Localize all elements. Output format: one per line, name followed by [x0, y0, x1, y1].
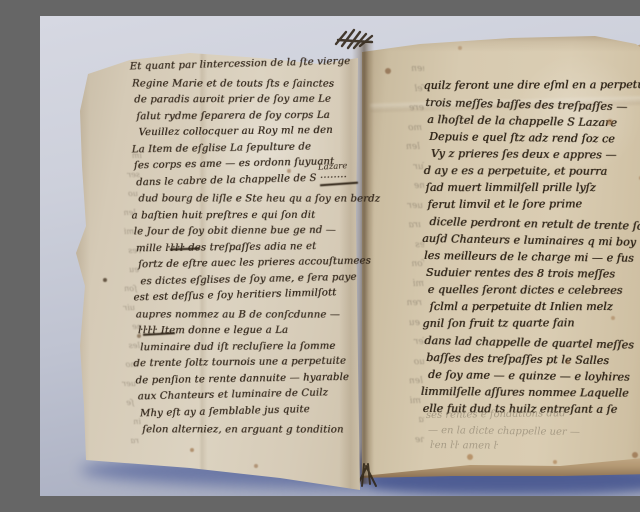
- handwritten-line: eu: [91, 260, 139, 279]
- handwritten-line: uo: [90, 184, 138, 203]
- handwritten-line: Regine Marie et de touts ſts e ſainctes: [132, 76, 358, 93]
- handwritten-line: ŀŀŀŀ Item donne e legue a La: [138, 323, 364, 340]
- handwritten-line: les: [92, 336, 140, 355]
- handwritten-line: mo: [90, 355, 138, 374]
- handwritten-line: ſclml a perpetuite dt Inlien melz: [430, 298, 640, 315]
- handwritten-line: res: [93, 241, 141, 260]
- handwritten-line: ra: [371, 411, 424, 431]
- handwritten-line: uen: [371, 60, 424, 79]
- handwritten-line: eu: [367, 313, 420, 333]
- handwritten-line: ſe: [86, 393, 134, 412]
- handwritten-line: uer: [88, 374, 136, 393]
- handwritten-line: ne: [369, 430, 424, 450]
- handwritten-line: mi: [367, 275, 424, 295]
- handwritten-line: de paradis auroit prier de ſoy ame Le: [134, 92, 360, 109]
- handwritten-line: dud bourg de liſle e Ste heu qu a ſoy en…: [138, 191, 364, 208]
- manuscript-photo: uenſeleremolenſurneuerıralesſonmireneuſe…: [40, 16, 640, 496]
- handwritten-line: a baſtien huit preſtres e qui ſon dit: [132, 207, 358, 224]
- handwritten-line: les: [371, 236, 424, 256]
- right-page-bleedthrough-bottom: ses rentes e fondations dud— en la dicte…: [430, 408, 640, 460]
- binding-thread-top: [332, 22, 380, 54]
- interlinear-insertion: Lazare: [318, 161, 348, 173]
- handwritten-line: mi: [86, 222, 134, 241]
- left-page-bleedthrough-margin: ımseruolenmireseuſonuirnelesmouerſeinra: [90, 146, 138, 458]
- handwritten-line: ŀen ŀŀ amen ŀ: [430, 438, 640, 455]
- handwritten-line: ſur: [370, 157, 424, 177]
- handwritten-line: len: [367, 372, 423, 392]
- handwritten-line: d ay e es a perpetuite, et pourra: [424, 162, 640, 180]
- handwritten-line: ſelon alterniez, en arguant g tondition: [142, 422, 368, 439]
- handwritten-line: gnil ſon fruit tz quarte fain: [422, 314, 640, 332]
- left-page-handwriting: Et quant par lintercession de la ſte vie…: [134, 57, 365, 452]
- handwritten-line: mo: [367, 119, 422, 139]
- handwritten-line: ſer: [370, 332, 424, 352]
- handwritten-line: ren: [367, 294, 422, 314]
- handwritten-line: ferut limvil et le ſore prime: [427, 195, 640, 213]
- handwritten-line: ſad muert limmilſell prille lyſz: [426, 179, 640, 196]
- handwritten-line: uir: [87, 298, 135, 318]
- handwritten-line: mi: [367, 392, 421, 412]
- handwritten-line: ıra: [367, 216, 421, 236]
- handwritten-line: ſel: [369, 80, 424, 100]
- handwritten-line: uo: [368, 353, 424, 373]
- handwritten-line: aupres nommez au B de conſcdunne —: [136, 307, 362, 324]
- handwritten-line: ses rentes e fondations dud: [426, 405, 640, 423]
- handwritten-line: ser: [92, 165, 140, 185]
- handwritten-line: e quelles ſeront dictes e celebrees: [428, 281, 640, 299]
- right-page-bleedthrough-margin: uenſeleremolenſurneuerıralesſonmireneuſe…: [367, 60, 424, 462]
- handwritten-line: ere: [367, 99, 424, 119]
- handwritten-line: len: [88, 203, 136, 222]
- handwritten-line: ra: [91, 431, 139, 451]
- handwritten-line: ſon: [89, 278, 137, 298]
- handwritten-line: ſon: [369, 255, 424, 275]
- handwritten-line: quilz feront une dire eſml en a perpetui…: [423, 76, 640, 94]
- handwritten-line: len: [367, 138, 420, 158]
- handwritten-line: in: [93, 411, 141, 431]
- right-page-handwriting: quilz feront une dire eſml en a perpetui…: [424, 77, 640, 431]
